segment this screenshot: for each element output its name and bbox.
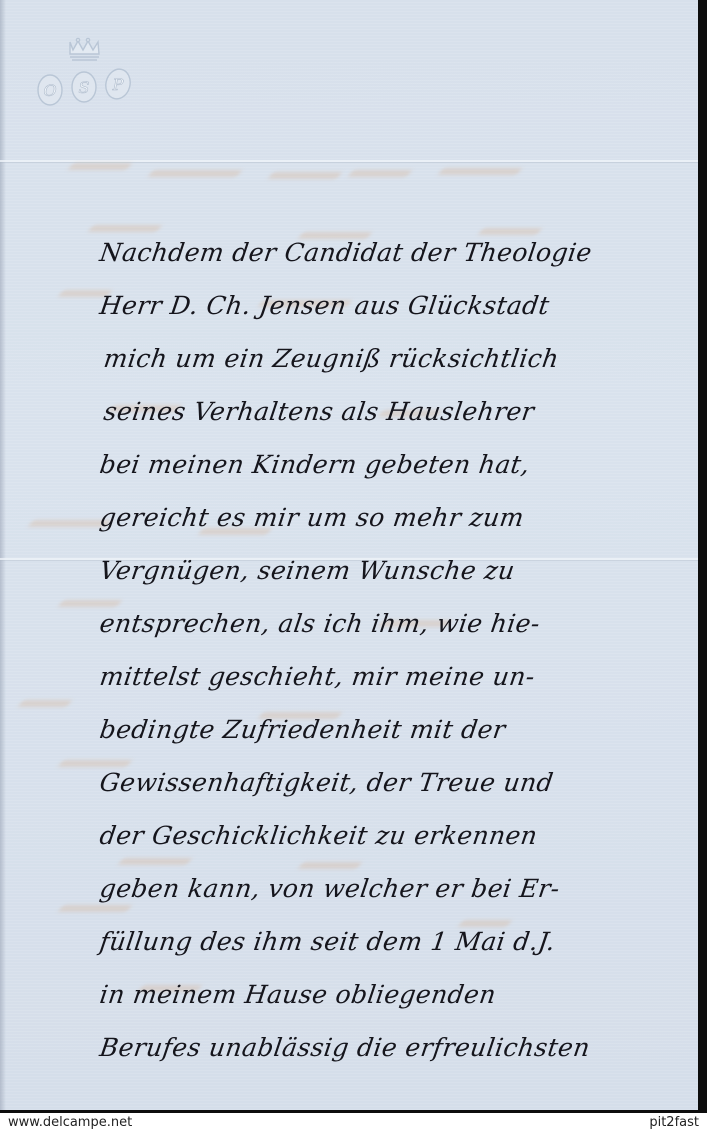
letter-line: Vergnügen, seinem Wunsche zu (96, 544, 693, 597)
letter-line: Berufes unablässig die erfreulichsten (96, 1021, 693, 1074)
letter-line: füllung des ihm seit dem 1 Mai d.J. (96, 915, 693, 968)
letter-line: Gewissenhaftigkeit, der Treue und (96, 756, 693, 809)
letter-line: seines Verhaltens als Hauslehrer (96, 385, 693, 438)
letter-line: mich um ein Zeugniß rücksichtlich (96, 332, 693, 385)
letter-line: entsprechen, als ich ihm, wie hie- (96, 597, 693, 650)
embossed-crest: O S P (32, 36, 137, 114)
letter-line: geben kann, von welcher er bei Er- (96, 862, 693, 915)
fold-crease-top (0, 160, 698, 162)
letter-line: gereicht es mir um so mehr zum (96, 491, 693, 544)
letter-line: mittelst geschieht, mir meine un- (96, 650, 693, 703)
letter-line: Nachdem der Candidat der Theologie (96, 226, 693, 279)
letter-line: der Geschicklichkeit zu erkennen (96, 809, 693, 862)
site-watermark: www.delcampe.net (8, 1115, 132, 1130)
svg-text:S: S (79, 78, 90, 97)
seller-watermark: pit2fast (649, 1115, 699, 1130)
letter-line: bedingte Zufriedenheit mit der (96, 703, 693, 756)
watermark-footer: www.delcampe.net pit2fast (0, 1113, 707, 1133)
scanned-page: O S P Nachdem der Candidat der Theologie… (0, 0, 707, 1113)
letter-paper: O S P Nachdem der Candidat der Theologie… (0, 0, 698, 1110)
svg-text:P: P (112, 75, 124, 94)
svg-text:O: O (43, 81, 56, 100)
crown-monogram-icon: O S P (32, 36, 137, 114)
letter-line: Herr D. Ch. Jensen aus Glückstadt (96, 279, 693, 332)
letter-line: in meinem Hause obliegenden (96, 968, 693, 1021)
letter-line: bei meinen Kindern gebeten hat, (96, 438, 693, 491)
handwritten-letter-body: Nachdem der Candidat der Theologie Herr … (100, 226, 690, 1074)
